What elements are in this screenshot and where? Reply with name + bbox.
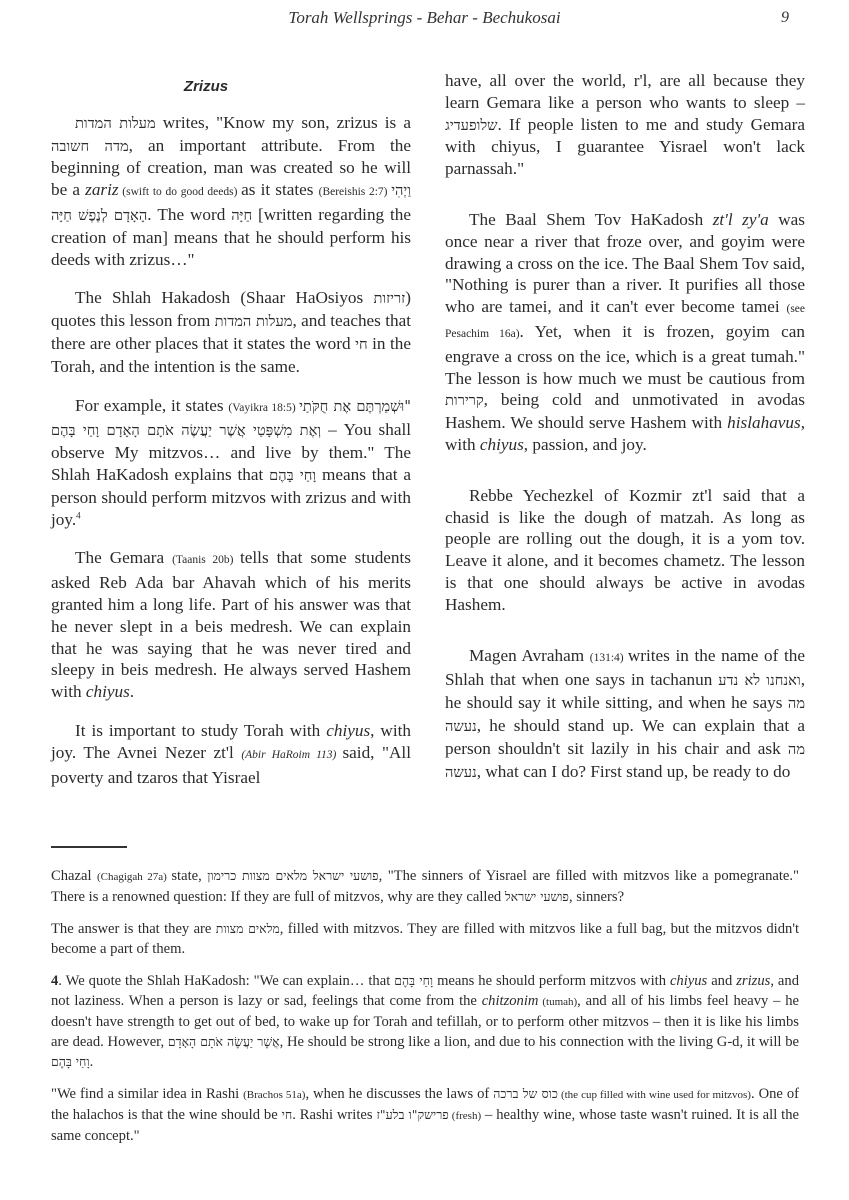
hebrew-text: אֲשֶׁר יַעֲשֶׂה אֹתָם הָאָדָם: [168, 1034, 280, 1049]
italic-term: zrizus: [736, 973, 770, 989]
paragraph: Rebbe Yechezkel of Kozmir zt'l said that…: [445, 485, 805, 616]
hebrew-text: מלאים מצוות: [216, 921, 280, 936]
source-citation: (Abir HaRoim 113): [241, 749, 342, 761]
paragraph: Magen Avraham (131:4) writes in the name…: [445, 645, 805, 784]
gloss: (swift to do good deeds): [119, 186, 242, 198]
hebrew-text: וָחַי בָּהֶם: [51, 1054, 90, 1069]
gloss: (tumah): [538, 996, 577, 1008]
yiddish-text: שלופעדיג: [445, 117, 498, 134]
left-column: Zrizus מעלות המדות writes, "Know my son,…: [51, 70, 411, 805]
footnote: "We find a similar idea in Rashi (Bracho…: [51, 1084, 799, 1146]
hebrew-text: מדה חשובה: [51, 138, 129, 155]
page-header: Torah Wellsprings - Behar - Bechukosai 9: [0, 0, 849, 30]
hebrew-text: וָחַי בָּהֶם: [394, 973, 433, 988]
italic-term: hislahavus: [727, 413, 801, 432]
hebrew-text: מעלות המדות: [75, 115, 156, 132]
section-heading: Zrizus: [51, 76, 411, 98]
hebrew-text: ואנחנו לא נדע: [718, 672, 801, 689]
paragraph: For example, it states (Vayikra 18:5) "ו…: [51, 395, 411, 531]
paragraph: The Shlah Hakadosh (Shaar HaOsiyos זריזו…: [51, 287, 411, 377]
footnotes: Chazal (Chagigah 27a) state, פושעי ישראל…: [51, 866, 799, 1158]
hebrew-text: חַיָּה: [231, 207, 252, 224]
italic-term: zariz: [85, 180, 118, 199]
source-citation: (Chagigah 27a): [97, 871, 171, 883]
hebrew-text: פרישק"ו בלע"ז: [376, 1107, 448, 1122]
footnote: Chazal (Chagigah 27a) state, פושעי ישראל…: [51, 866, 799, 907]
hebrew-text: חי: [355, 336, 367, 353]
page-number: 9: [781, 9, 789, 27]
hebrew-text: וָחַי בָּהֶם: [269, 467, 316, 484]
hebrew-text: קרירות: [445, 392, 484, 409]
italic-term: chiyus: [326, 721, 370, 740]
hebrew-text: פושעי ישראל: [505, 889, 569, 904]
hebrew-text: מעלות המדות: [215, 313, 293, 330]
paragraph: It is important to study Torah with chiy…: [51, 720, 411, 788]
italic-term: zt'l zy'a: [713, 210, 769, 229]
footnote-reference[interactable]: 4: [76, 510, 81, 520]
paragraph: have, all over the world, r'l, are all b…: [445, 70, 805, 180]
source-citation: (Brachos 51a): [243, 1089, 305, 1101]
hebrew-text: חי: [282, 1107, 293, 1122]
paragraph: מעלות המדות writes, "Know my son, zrizus…: [51, 112, 411, 271]
source-citation: (Bereishis 2:7): [319, 186, 392, 198]
gloss: (the cup filled with wine used for mitzv…: [558, 1089, 751, 1101]
italic-term: chitzonim: [482, 993, 539, 1009]
source-citation: (Vayikra 18:5): [228, 402, 299, 414]
right-column: have, all over the world, r'l, are all b…: [445, 70, 805, 800]
footnote: 4. We quote the Shlah HaKadosh: "We can …: [51, 971, 799, 1072]
hebrew-text: פושעי ישראל מלאים מצוות כרימון: [207, 868, 378, 883]
italic-term: chiyus: [86, 682, 130, 701]
running-title: Torah Wellsprings - Behar - Bechukosai: [0, 8, 849, 28]
footnote: The answer is that they are מלאים מצוות,…: [51, 919, 799, 959]
gloss: (fresh): [449, 1110, 481, 1122]
italic-term: chiyus: [480, 435, 524, 454]
paragraph: The Baal Shem Tov HaKadosh zt'l zy'a was…: [445, 209, 805, 456]
italic-term: chiyus: [670, 973, 707, 989]
footnote-separator: [51, 846, 127, 848]
source-citation: (131:4): [590, 652, 628, 664]
paragraph: The Gemara (Taanis 20b) tells that some …: [51, 547, 411, 703]
source-citation: (Taanis 20b): [172, 554, 240, 566]
hebrew-text: כוס של ברכה: [493, 1086, 558, 1101]
hebrew-text: זריזות: [373, 290, 405, 307]
